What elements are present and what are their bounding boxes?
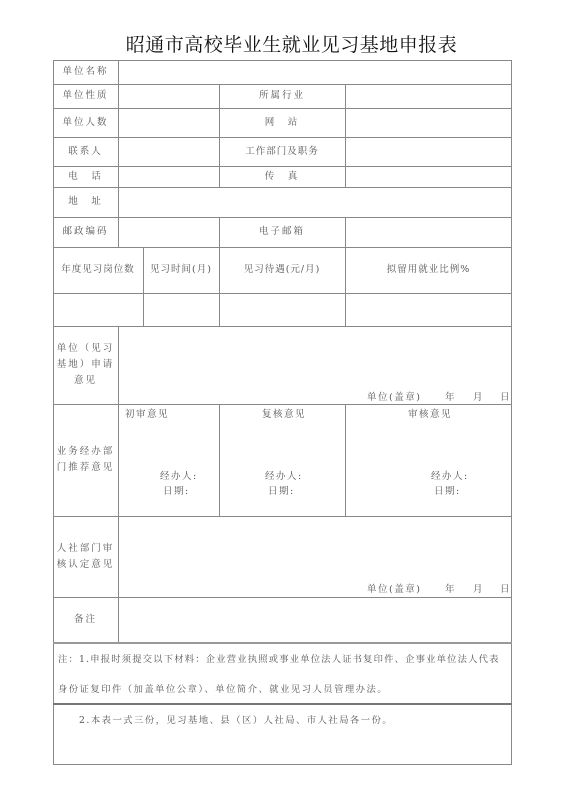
remark-label: 备注 bbox=[53, 597, 118, 642]
unit-name-field[interactable] bbox=[119, 61, 511, 84]
audit-field[interactable] bbox=[346, 420, 511, 515]
hrss-opinion-label: 人社部门审 核认定意见 bbox=[53, 516, 118, 597]
contact-label: 联系人 bbox=[53, 137, 118, 166]
annual-positions-field[interactable] bbox=[54, 294, 143, 326]
hrss-opinion-label-line: 核认定意见 bbox=[57, 557, 115, 573]
initial-review-field[interactable] bbox=[119, 420, 219, 515]
note-1-line-2: 身份证复印件（加盖单位公章）、单位简介、就业见习人员管理办法。 bbox=[58, 681, 388, 695]
unit-opinion-label-line: 意见 bbox=[74, 373, 97, 389]
industry-label: 所属行业 bbox=[219, 84, 345, 108]
internship-pay-field[interactable] bbox=[220, 294, 345, 326]
postcode-field[interactable] bbox=[119, 218, 219, 247]
unit-opinion-field[interactable] bbox=[119, 327, 511, 387]
remark-field[interactable] bbox=[119, 598, 511, 642]
audit-title: 审核意见 bbox=[408, 406, 452, 420]
phone-field[interactable] bbox=[119, 167, 219, 187]
day-label: 日 bbox=[500, 389, 511, 403]
internship-duration-field[interactable] bbox=[144, 294, 219, 326]
hrss-opinion-label-line: 人社部门审 bbox=[57, 541, 115, 557]
hrss-seal-label: 单位(盖章) bbox=[367, 581, 421, 595]
hrss-opinion-field[interactable] bbox=[119, 517, 511, 577]
address-label: 地 址 bbox=[53, 187, 118, 217]
initial-review-title: 初审意见 bbox=[125, 406, 169, 420]
divider bbox=[53, 404, 512, 405]
business-opinion-label-line: 业务经办部 bbox=[57, 444, 115, 460]
website-label: 网 站 bbox=[219, 108, 345, 137]
divider bbox=[53, 703, 512, 705]
contact-field[interactable] bbox=[119, 138, 219, 166]
fax-label: 传 真 bbox=[219, 166, 345, 187]
unit-opinion-label: 单位（见习 基地）申请 意见 bbox=[53, 326, 118, 404]
email-field[interactable] bbox=[346, 218, 511, 247]
postcode-label: 邮政编码 bbox=[53, 217, 118, 247]
note-1-line-1: 注：1.申报时须提交以下材料：企业营业执照或事业单位法人证书复印件、企事业单位法… bbox=[58, 651, 500, 665]
unit-opinion-label-line: 单位（见习 bbox=[57, 341, 115, 357]
unit-count-label: 单位人数 bbox=[53, 108, 118, 137]
unit-opinion-label-line: 基地）申请 bbox=[57, 357, 115, 373]
year-label: 年 bbox=[445, 389, 456, 403]
website-field[interactable] bbox=[346, 109, 511, 137]
unit-seal-label: 单位(盖章) bbox=[367, 389, 421, 403]
address-field[interactable] bbox=[119, 188, 511, 217]
day-label: 日 bbox=[500, 581, 511, 595]
form-title: 昭通市高校毕业生就业见习基地申报表 bbox=[0, 30, 583, 57]
unit-nature-field[interactable] bbox=[119, 85, 219, 108]
recheck-title: 复核意见 bbox=[262, 406, 306, 420]
recheck-field[interactable] bbox=[220, 420, 345, 515]
department-position-label: 工作部门及职务 bbox=[219, 137, 345, 166]
divider bbox=[53, 642, 512, 644]
unit-count-field[interactable] bbox=[119, 109, 219, 137]
retention-ratio-header: 拟留用就业比例% bbox=[345, 247, 512, 293]
note-2: 2.本表一式三份，见习基地、县（区）人社局、市人社局各一份。 bbox=[79, 712, 393, 726]
industry-field[interactable] bbox=[346, 85, 511, 108]
business-opinion-label-line: 门推荐意见 bbox=[57, 460, 115, 476]
internship-duration-header: 见习时间(月) bbox=[143, 247, 219, 293]
business-opinion-label: 业务经办部 门推荐意见 bbox=[53, 404, 118, 516]
department-position-field[interactable] bbox=[346, 138, 511, 166]
fax-field[interactable] bbox=[346, 167, 511, 187]
unit-nature-label: 单位性质 bbox=[53, 84, 118, 108]
unit-name-label: 单位名称 bbox=[53, 60, 118, 84]
phone-label: 电 话 bbox=[53, 166, 118, 187]
internship-pay-header: 见习待遇(元/月) bbox=[219, 247, 345, 293]
email-label: 电子邮箱 bbox=[219, 217, 345, 247]
month-label: 月 bbox=[473, 389, 484, 403]
retention-ratio-field[interactable] bbox=[346, 294, 511, 326]
year-label: 年 bbox=[445, 581, 456, 595]
month-label: 月 bbox=[473, 581, 484, 595]
annual-positions-header: 年度见习岗位数 bbox=[53, 247, 143, 293]
